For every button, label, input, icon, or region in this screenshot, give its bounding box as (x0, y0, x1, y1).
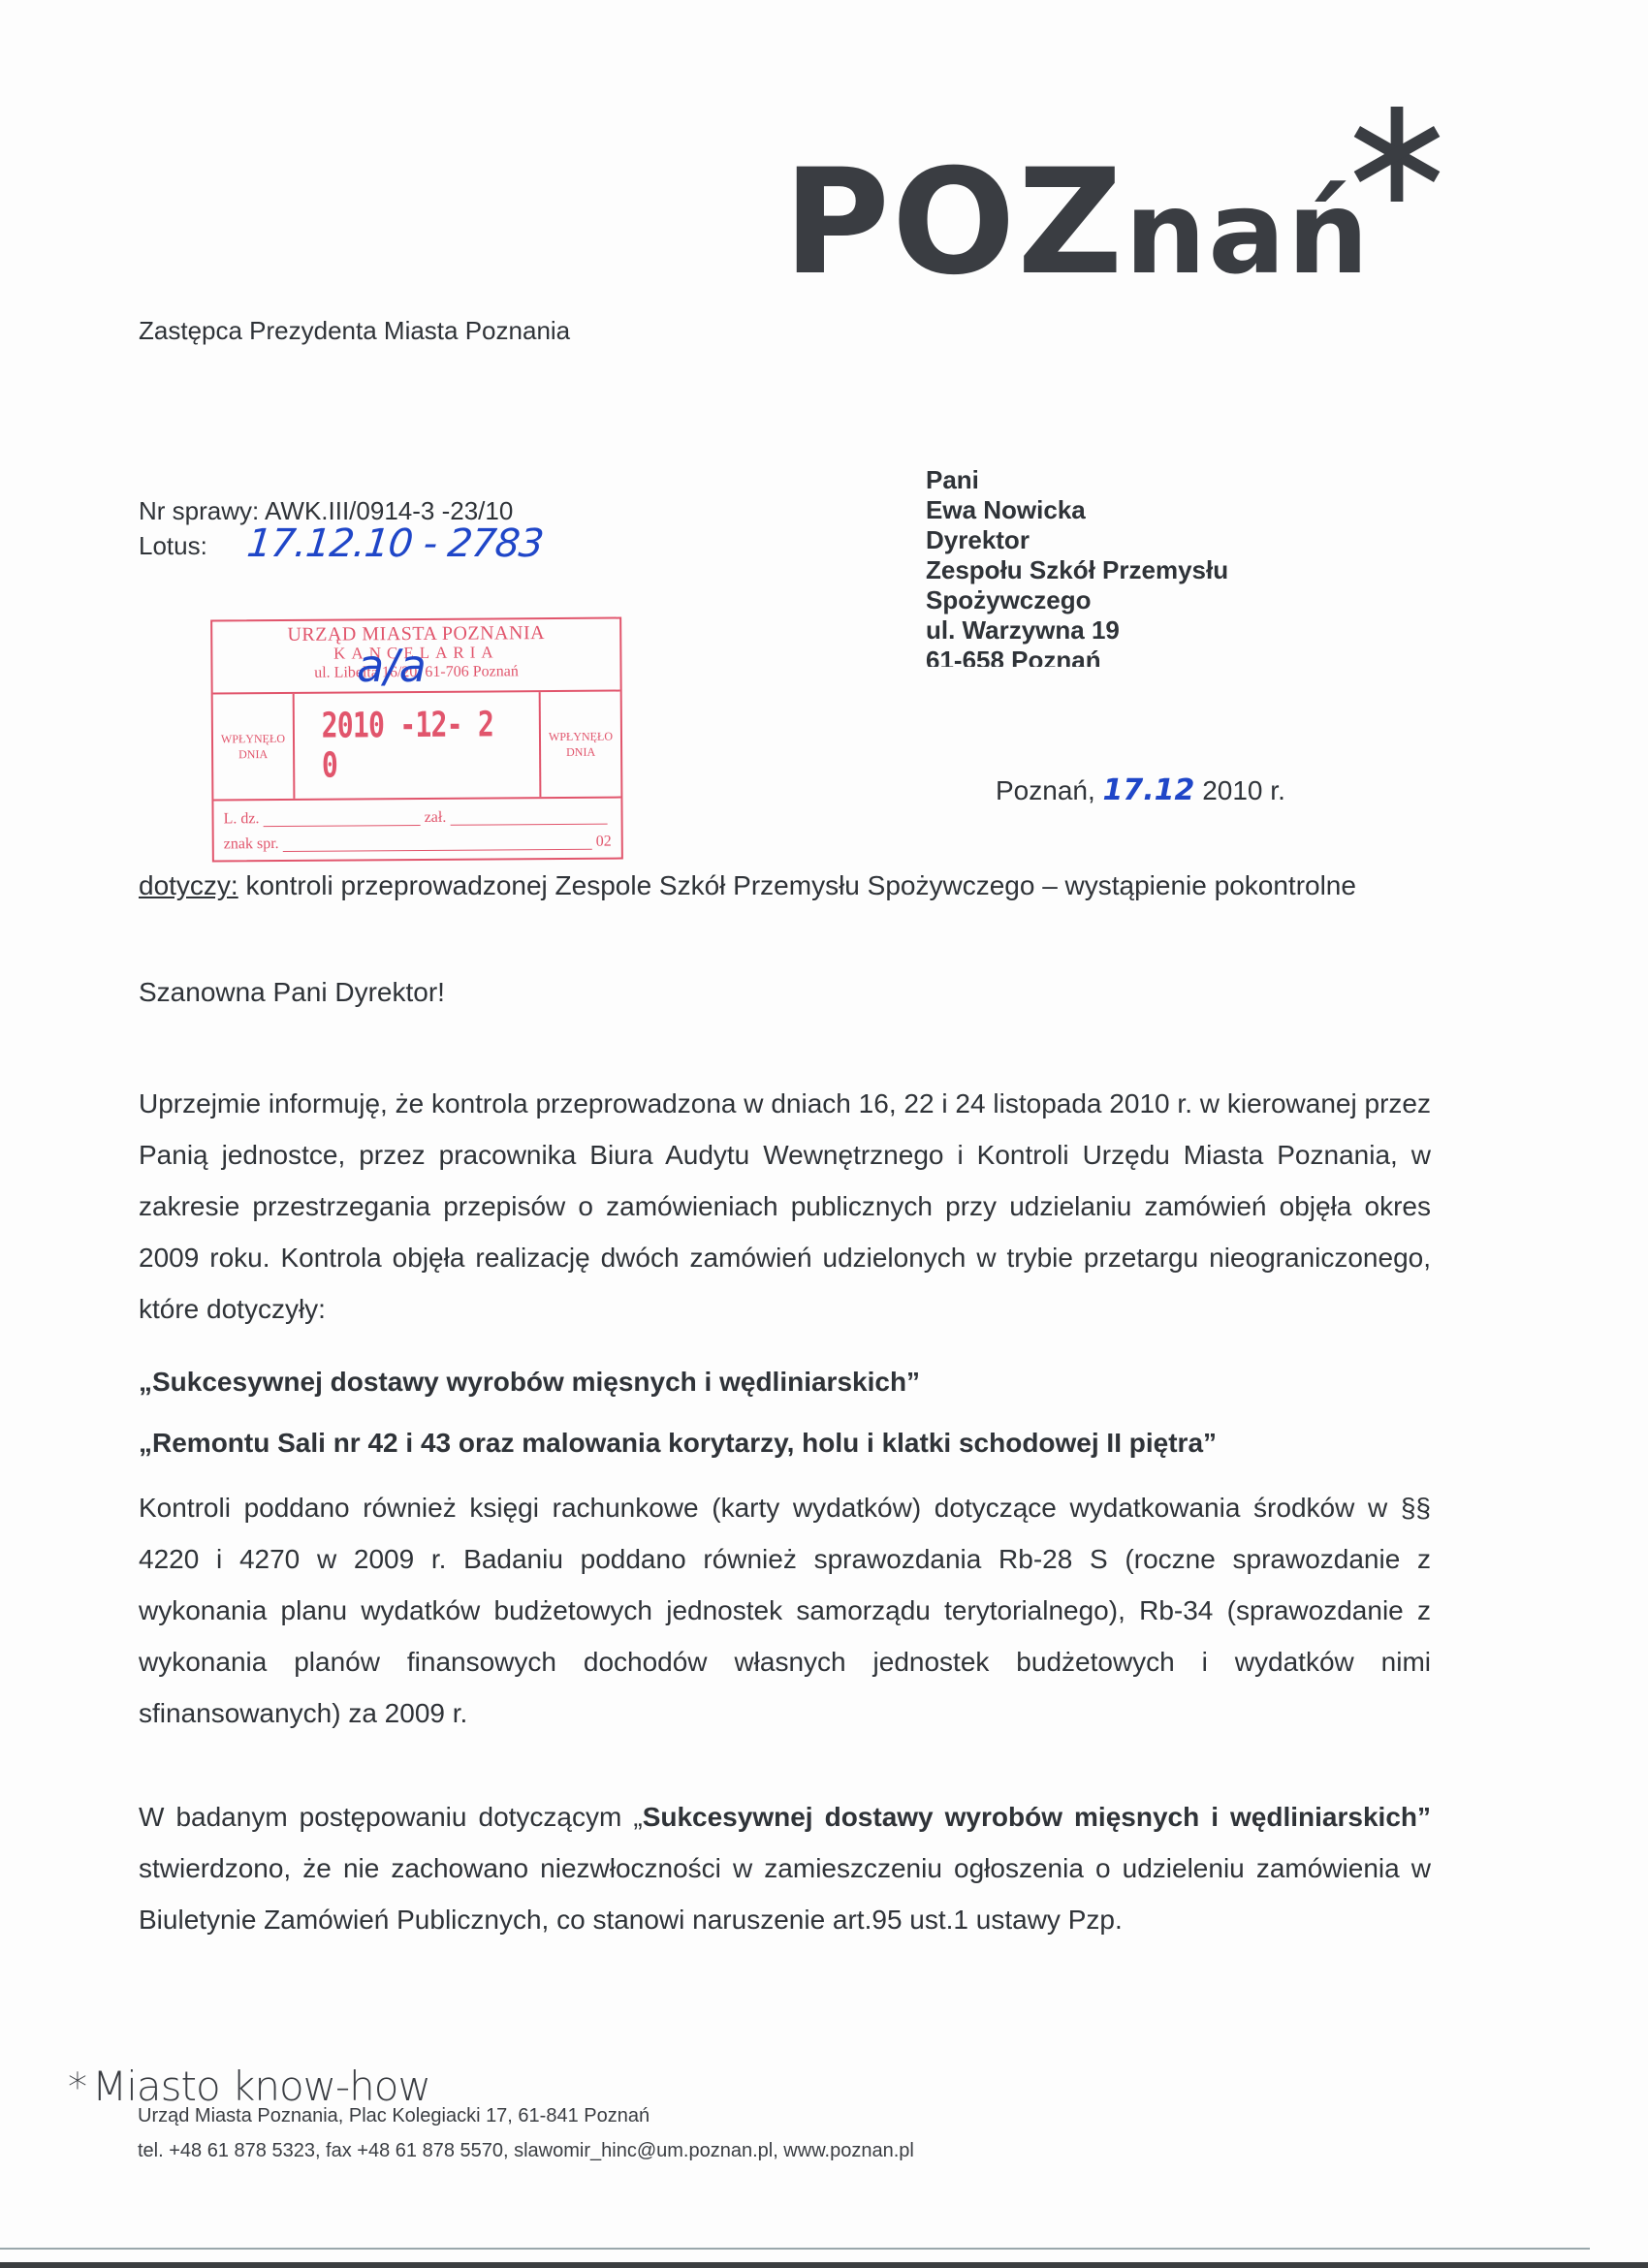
greeting: Szanowna Pani Dyrektor! (139, 966, 1431, 1018)
contract-name-bold: Sukcesywnej dostawy wyrobów mięsnych i w… (643, 1802, 1431, 1832)
stamp-znak-row: znak spr. 02 (224, 830, 612, 858)
asterisk-icon (1349, 107, 1444, 202)
footer-address: Urząd Miasta Poznania, Plac Kolegiacki 1… (138, 2105, 650, 2127)
recipient-address: Pani Ewa Nowicka Dyrektor Zespołu Szkół … (926, 465, 1228, 667)
stamp-ldz-row: L. dz. zał. (223, 804, 611, 833)
date-year: 2010 r. (1202, 775, 1285, 805)
contract-item-1: „Sukcesywnej dostawy wyrobów mięsnych i … (139, 1367, 920, 1398)
subject-label: dotyczy: (139, 870, 238, 900)
contract-item-2: „Remontu Sali nr 42 i 43 oraz malowania … (139, 1428, 1217, 1459)
recipient-line: Dyrektor (926, 525, 1228, 555)
recipient-line: Ewa Nowicka (926, 495, 1228, 525)
sender-title: Zastępca Prezydenta Miasta Poznania (139, 316, 570, 346)
lotus-handwritten-number: 17.12.10 - 2783 (245, 521, 546, 566)
stamp-received-label-right: WPŁYNĘŁO DNIA (539, 692, 621, 798)
asterisk-icon: * (68, 2065, 86, 2110)
subject-line: dotyczy: kontroli przeprowadzonej Zespol… (139, 868, 1431, 902)
recipient-line: Zespołu Szkół Przemysłu (926, 555, 1228, 585)
footer-tagline: *Miasto know-how (68, 2063, 430, 2110)
poznan-logo: POZnań (783, 155, 1371, 291)
subject-text: kontroli przeprowadzonej Zespole Szkół P… (238, 870, 1356, 900)
logo-text-lower: nań (1125, 166, 1371, 299)
paragraph-2: Kontroli poddano również księgi rachunko… (139, 1482, 1431, 1739)
place-date: Poznań, 17.12 2010 r. (996, 773, 1285, 807)
stamp-received-label-left: WPŁYNĘŁO DNIA (213, 694, 296, 800)
recipient-line: Pani (926, 465, 1228, 495)
paragraph-3: W badanym postępowaniu dotyczącym „Sukce… (139, 1791, 1431, 1945)
stamp-field-line (283, 849, 592, 852)
handwritten-date: 17.12 (1103, 773, 1195, 807)
stamp-field-line (263, 825, 420, 827)
place-city: Poznań, (996, 775, 1095, 805)
scan-edge-line (0, 2248, 1590, 2250)
stamp-date: 2010 -12- 2 0 (321, 692, 512, 798)
recipient-line: Spożywczego (926, 585, 1228, 615)
recipient-line: 61-658 Poznań (926, 646, 1228, 667)
logo-text-upper: POZ (783, 139, 1125, 307)
lotus-label: Lotus: (139, 531, 207, 561)
stamp-field-line (450, 824, 607, 826)
scan-edge-shadow (0, 2262, 1648, 2268)
stamp-handwritten-note: a/a (357, 640, 427, 692)
recipient-line: ul. Warzywna 19 (926, 615, 1228, 646)
paragraph-1: Uprzejmie informuję, że kontrola przepro… (139, 1078, 1431, 1335)
footer-contact: tel. +48 61 878 5323, fax +48 61 878 557… (138, 2140, 914, 2162)
